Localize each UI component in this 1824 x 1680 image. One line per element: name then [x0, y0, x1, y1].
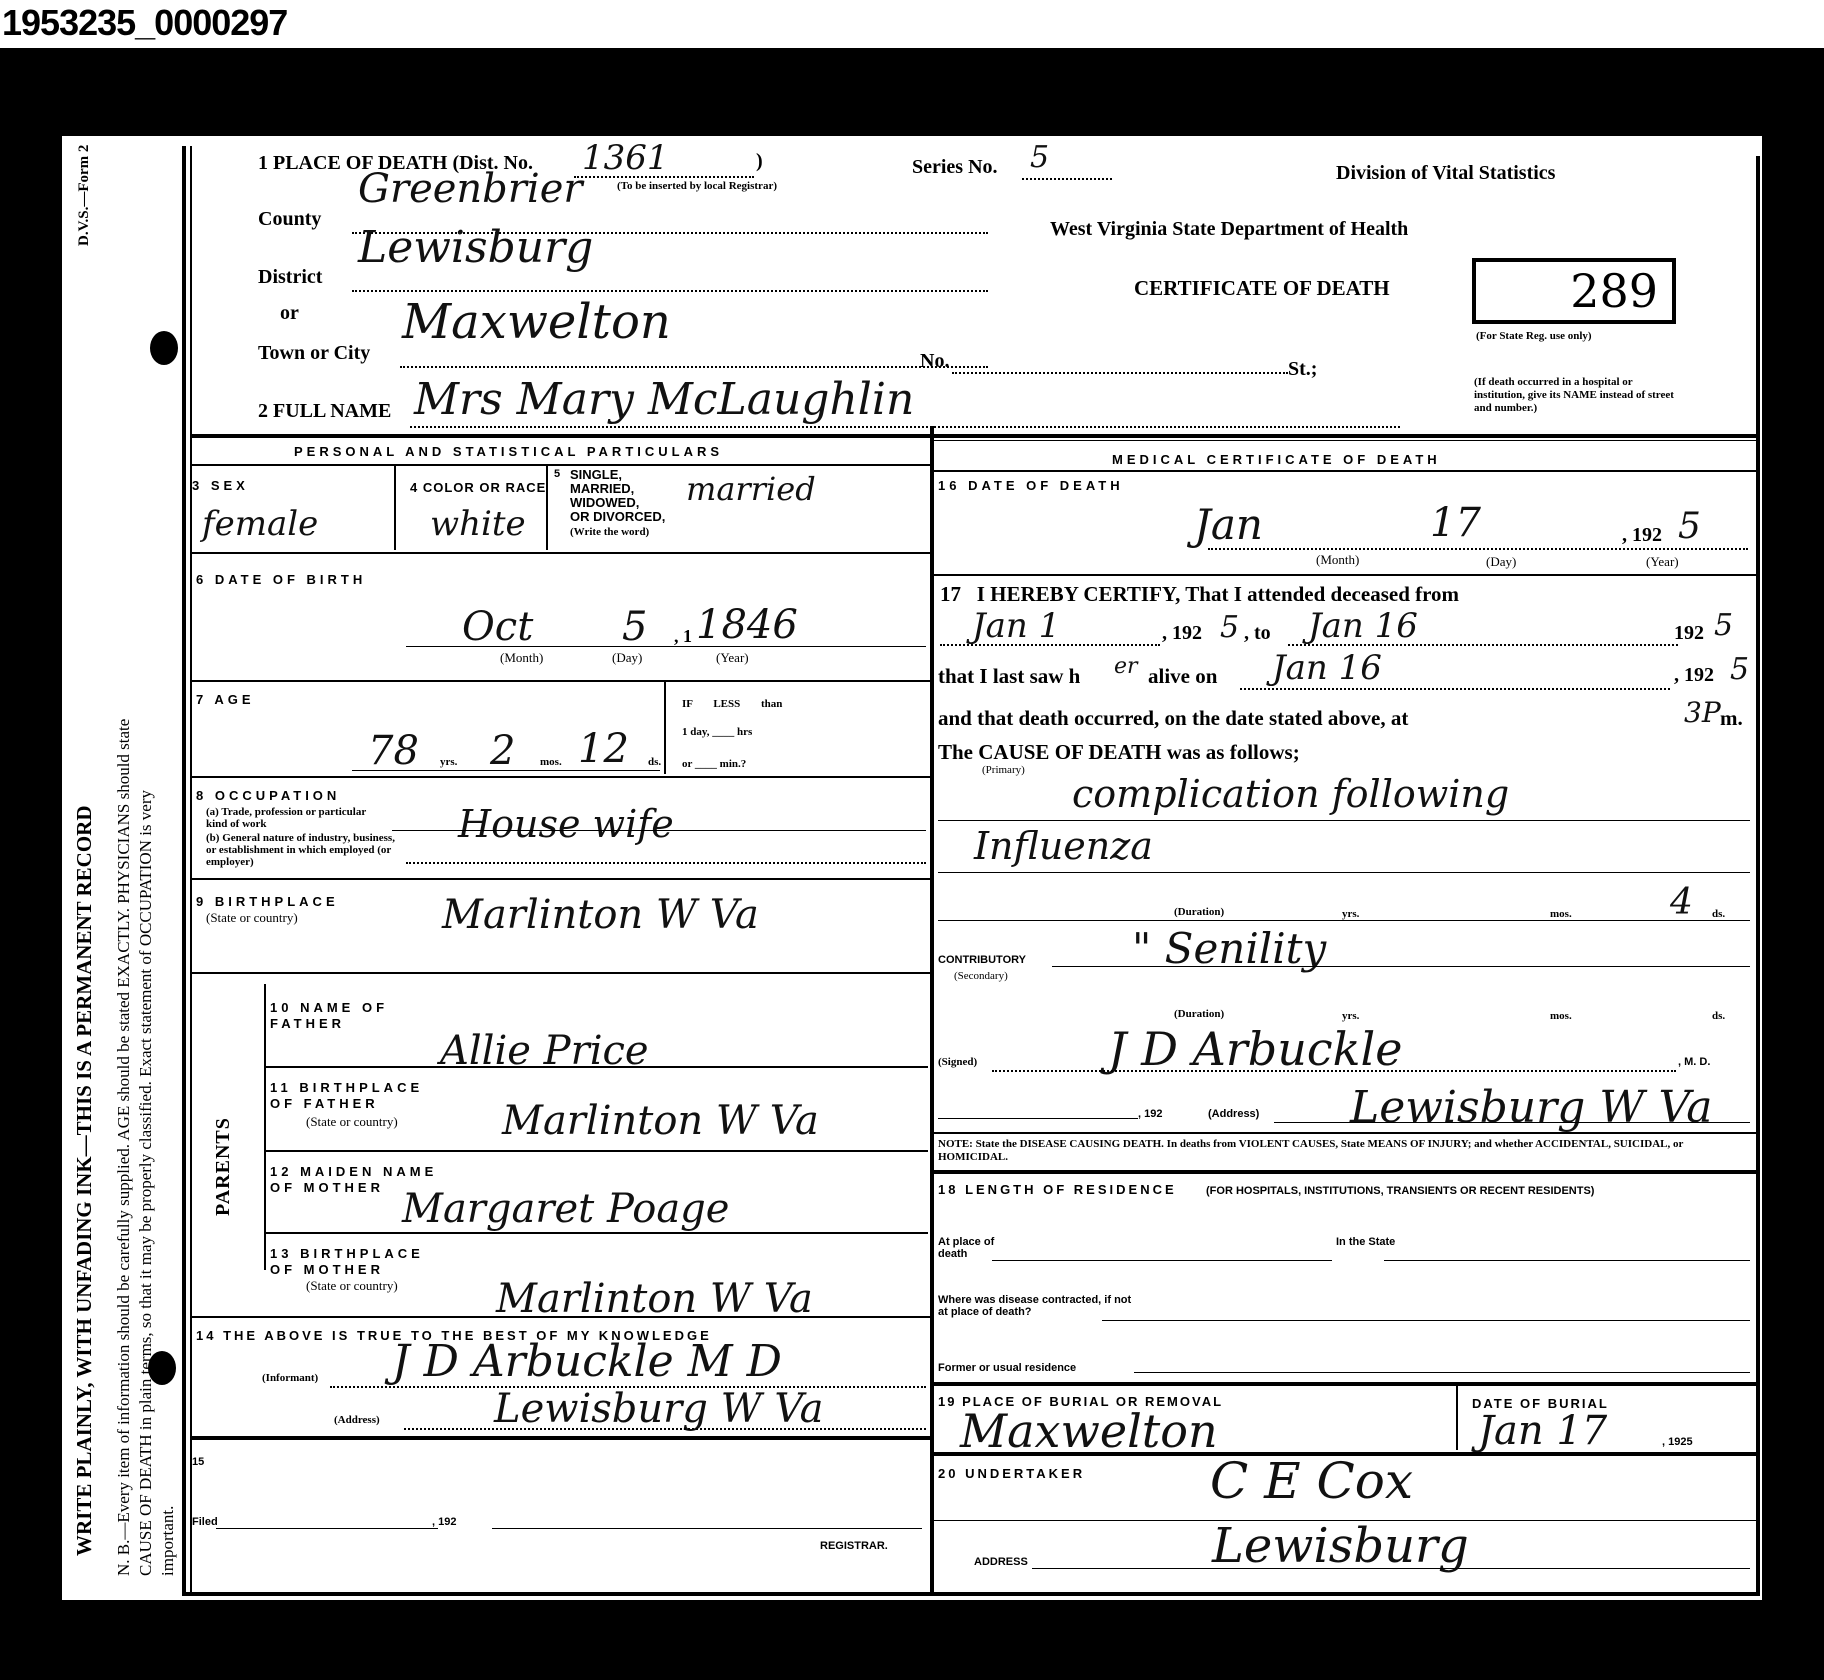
divider: [934, 574, 1756, 576]
district-value: Lewisburg: [358, 222, 593, 273]
last-saw-pronoun: er: [1114, 654, 1138, 679]
margin-instruction-main: WRITE PLAINLY, WITH UNFADING INK—THIS IS…: [72, 805, 97, 1556]
county-value: Greenbrier: [358, 166, 583, 212]
age-line: [352, 770, 660, 771]
age-label: 7 AGE: [196, 692, 255, 707]
border-left-inner: [190, 146, 192, 1596]
informant-value: J D Arbuckle M D: [392, 1336, 782, 1387]
divider: [192, 1316, 930, 1318]
time-of-death: 3P: [1684, 696, 1721, 729]
full-name-line: [410, 426, 1400, 428]
ink-blot: [148, 1351, 176, 1385]
undertaker-value: C E Cox: [1210, 1452, 1413, 1510]
ds-label: ds.: [648, 756, 661, 768]
residence-label: 18 LENGTH OF RESIDENCE: [938, 1182, 1177, 1197]
parents-side-label: PARENTS: [212, 1117, 235, 1216]
filed-year: , 192: [432, 1516, 456, 1528]
margin-instruction-cause: CAUSE OF DEATH in plain terms, so that i…: [136, 790, 156, 1576]
dod-year-prefix: , 192: [1622, 524, 1662, 547]
signed-line: [992, 1070, 1676, 1072]
race-label: 4 COLOR OR RACE: [410, 480, 546, 495]
divider: [266, 1232, 928, 1234]
form-id: D.V.S.—Form 2: [76, 145, 93, 246]
dod-day-note: (Day): [1486, 554, 1516, 570]
undertaker-address-label: ADDRESS: [974, 1556, 1028, 1568]
cause-line-1: complication following: [1072, 772, 1509, 816]
marital-num: 5: [554, 468, 560, 480]
mother-name-value: Margaret Poage: [402, 1186, 729, 1232]
occupation-label: 8 OCCUPATION: [196, 788, 340, 803]
dist-no-line: [574, 176, 754, 178]
full-name-label: 2 FULL NAME: [258, 400, 391, 423]
in-state-line: [1384, 1260, 1750, 1261]
duration-mos: mos.: [1550, 908, 1572, 920]
informant-address-line: [404, 1428, 926, 1430]
birthplace-label: 9 BIRTHPLACE: [196, 894, 339, 909]
comma-one: , 1: [674, 626, 692, 647]
secondary-label: (Secondary): [954, 970, 1008, 982]
dod-day: 17: [1430, 500, 1481, 546]
dod-line: [1208, 548, 1748, 550]
burial-year: , 1925: [1662, 1436, 1693, 1448]
duration-yrs: yrs.: [1342, 908, 1359, 920]
birthplace-note: (State or country): [206, 910, 298, 926]
burial-place-value: Maxwelton: [960, 1404, 1218, 1458]
full-name-value: Mrs Mary McLaughlin: [414, 374, 914, 425]
in-state-label: In the State: [1336, 1236, 1396, 1248]
occupation-a: (a) Trade, profession or particular kind…: [206, 806, 388, 830]
marital-note: (Write the word): [570, 526, 649, 538]
district-line: [352, 290, 988, 292]
dob-day-note: (Day): [612, 650, 642, 666]
divider: [266, 1066, 928, 1068]
mother-birthplace-label: 13 BIRTHPLACE OF MOTHER: [270, 1246, 450, 1278]
divider: [192, 878, 930, 880]
sex-label: 3 SEX: [192, 478, 249, 493]
birthplace-value: Marlinton W Va: [442, 892, 759, 938]
occupation-b: (b) General nature of industry, business…: [206, 832, 406, 868]
year-prefix: , 192: [1674, 664, 1714, 687]
series-value: 5: [1030, 140, 1049, 175]
contracted-line: [1102, 1320, 1750, 1321]
undertaker-address-line: [1032, 1568, 1750, 1569]
contributory-label: CONTRIBUTORY: [938, 954, 1026, 966]
father-birthplace-value: Marlinton W Va: [502, 1098, 819, 1144]
contracted-label: Where was disease contracted, if not at …: [938, 1294, 1138, 1318]
divider: [546, 466, 548, 550]
margin-instruction-nb: N. B.—Every item of information should b…: [114, 719, 134, 1576]
informant-address-value: Lewisburg W Va: [494, 1386, 824, 1432]
dob-label: 6 DATE OF BIRTH: [196, 572, 366, 587]
certify-statement: 17 I HEREBY CERTIFY, That I attended dec…: [940, 582, 1459, 607]
undertaker-address-value: Lewisburg: [1212, 1518, 1469, 1574]
age-months: 2: [490, 728, 515, 774]
to-label: , to: [1244, 622, 1271, 645]
last-saw-label: that I last saw h: [938, 664, 1080, 689]
document-id: 1953235_0000297: [2, 2, 287, 44]
if-less-than: IF LESS than: [682, 698, 922, 710]
dob-month-note: (Month): [500, 650, 543, 666]
town-label: Town or City: [258, 342, 370, 365]
death-certificate: WRITE PLAINLY, WITH UNFADING INK—THIS IS…: [62, 136, 1762, 1600]
father-birthplace-label: 11 BIRTHPLACE OF FATHER: [270, 1080, 450, 1112]
occupation-b-line: [406, 862, 926, 864]
marital-label: SINGLE, MARRIED, WIDOWED, OR DIVORCED,: [570, 468, 665, 524]
dist-note: (To be inserted by local Registrar): [617, 180, 777, 192]
dob-year-note: (Year): [716, 650, 749, 666]
divider: [266, 1150, 928, 1152]
race-value: white: [430, 504, 526, 544]
divider: [192, 972, 930, 974]
divider: [192, 1436, 930, 1440]
dod-month-note: (Month): [1316, 552, 1359, 568]
sig-year: , 192: [1138, 1108, 1162, 1120]
attended-to-year: 5: [1714, 608, 1733, 643]
time-suffix: m.: [1720, 706, 1743, 731]
street-no-label: No.: [920, 350, 949, 373]
district-label: District: [258, 266, 322, 289]
former-residence-line: [1134, 1372, 1750, 1373]
hospital-note: (If death occurred in a hospital or inst…: [1474, 376, 1676, 415]
top-divider: [190, 434, 1758, 438]
last-saw-year: 5: [1730, 652, 1749, 687]
mos-label: mos.: [540, 756, 562, 768]
border-left: [182, 146, 186, 1596]
town-value: Maxwelton: [402, 294, 671, 350]
age-years: 78: [368, 728, 419, 774]
filing-num: 15: [192, 1456, 204, 1468]
attended-from-line: [940, 644, 1160, 646]
series-line: [1022, 178, 1112, 180]
dist-no: 1361: [582, 138, 669, 178]
attended-from-year: 5: [1220, 610, 1239, 645]
dod-year-note: (Year): [1646, 554, 1679, 570]
sig-address-value: Lewisburg W Va: [1350, 1082, 1712, 1133]
filed-label: Filed: [192, 1516, 218, 1528]
sig-address-label: (Address): [1208, 1108, 1259, 1120]
last-saw-line: [1240, 688, 1670, 690]
at-place-label: At place of death: [938, 1236, 998, 1260]
occupation-value: House wife: [458, 802, 674, 846]
divider: [192, 552, 930, 554]
last-saw-date: Jan 16: [1272, 648, 1382, 688]
duration-mos-2: mos.: [1550, 1010, 1572, 1022]
at-place-line: [992, 1260, 1332, 1261]
cert-number: 289: [1570, 264, 1658, 318]
divider: [934, 1132, 1756, 1134]
burial-date-value: Jan 17: [1478, 1408, 1607, 1454]
note-text: NOTE: State the DISEASE CAUSING DEATH. I…: [938, 1138, 1754, 1164]
divider: [934, 1382, 1756, 1386]
informant-label: (Informant): [262, 1372, 318, 1384]
sex-value: female: [202, 504, 318, 544]
year-prefix: 192: [1674, 622, 1704, 645]
year-prefix: , 192: [1162, 622, 1202, 645]
dod-year-suffix: 5: [1678, 506, 1701, 547]
paren-close: ): [756, 150, 763, 173]
margin-instruction-important: important.: [158, 1506, 178, 1576]
division-title: Division of Vital Statistics: [1336, 162, 1555, 185]
mother-birthplace-note: (State or country): [306, 1278, 398, 1294]
divider: [394, 466, 396, 550]
sig-address-line: [1274, 1122, 1750, 1123]
former-residence-label: Former or usual residence: [938, 1362, 1076, 1374]
duration-label-2: (Duration): [1174, 1008, 1224, 1020]
series-label: Series No.: [912, 156, 998, 179]
duration-yrs-2: yrs.: [1342, 1010, 1359, 1022]
department-title: West Virginia State Department of Health: [1050, 218, 1408, 241]
registrar-label: REGISTRAR.: [820, 1540, 888, 1552]
border-bottom: [182, 1592, 1760, 1596]
age-days: 12: [578, 726, 629, 772]
dod-month: Jan: [1194, 500, 1263, 549]
divider: [192, 776, 930, 778]
md-label: , M. D.: [1678, 1056, 1710, 1068]
duration-days: 4: [1670, 882, 1693, 923]
parents-divider: [264, 984, 266, 1270]
attended-to-line: [1288, 644, 1678, 646]
personal-section-title: PERSONAL AND STATISTICAL PARTICULARS: [294, 444, 723, 459]
cause-line-1-rule: [938, 820, 1750, 821]
cause-line-2-rule: [938, 872, 1750, 873]
primary-label: (Primary): [982, 764, 1025, 776]
duration-ds-2: ds.: [1712, 1010, 1725, 1022]
father-name-label: 10 NAME OF FATHER: [270, 1000, 430, 1032]
medical-section-title: MEDICAL CERTIFICATE OF DEATH: [1112, 452, 1441, 467]
divider: [934, 470, 1756, 472]
cause-line-2: Influenza: [974, 824, 1153, 868]
cause-label: The CAUSE OF DEATH was as follows;: [938, 740, 1300, 765]
duration-ds: ds.: [1712, 908, 1725, 920]
residence-note: (FOR HOSPITALS, INSTITUTIONS, TRANSIENTS…: [1206, 1184, 1754, 1198]
undertaker-label: 20 UNDERTAKER: [938, 1466, 1085, 1481]
divider: [934, 440, 1756, 441]
ink-blot: [150, 331, 178, 365]
informant-address-label: (Address): [334, 1414, 380, 1426]
occurred-statement: and that death occurred, on the date sta…: [938, 706, 1408, 731]
border-right: [1756, 156, 1760, 1596]
signed-value: J D Arbuckle: [1108, 1022, 1402, 1076]
if-less-hrs: 1 day, ____ hrs: [682, 726, 752, 738]
cert-number-note: (For State Reg. use only): [1476, 330, 1592, 342]
dob-day: 5: [622, 604, 647, 650]
alive-on-label: alive on: [1148, 664, 1217, 689]
yrs-label: yrs.: [440, 756, 457, 768]
signed-label: (Signed): [938, 1056, 977, 1068]
dob-month: Oct: [462, 604, 533, 650]
street-line: [952, 372, 1288, 374]
marital-value: married: [686, 470, 816, 508]
or-label: or: [280, 302, 299, 325]
county-label: County: [258, 208, 321, 231]
divider: [192, 680, 930, 682]
occupation-line: [392, 830, 926, 831]
registrar-line: [492, 1528, 922, 1529]
attended-to: Jan 16: [1308, 606, 1418, 646]
burial-divider: [1456, 1386, 1458, 1450]
dob-year: 1846: [696, 602, 798, 648]
father-birthplace-note: (State or country): [306, 1114, 398, 1130]
town-line: [400, 366, 988, 368]
dod-label: 16 DATE OF DEATH: [938, 478, 1124, 493]
duration-rule: [938, 920, 1750, 921]
contributory-rule: [1052, 966, 1750, 967]
divider: [664, 682, 666, 774]
column-divider: [930, 426, 934, 1596]
divider: [192, 464, 930, 466]
if-less-min: or ____ min.?: [682, 758, 746, 770]
filed-line: [216, 1528, 438, 1529]
cert-number-box: 289: [1472, 258, 1676, 324]
street-label: St.;: [1288, 358, 1317, 381]
attended-from: Jan 1: [972, 606, 1060, 646]
dob-line: [406, 646, 926, 647]
divider: [934, 1170, 1756, 1174]
certificate-title: CERTIFICATE OF DEATH: [1134, 276, 1390, 301]
sig-date-line: [938, 1118, 1138, 1119]
duration-label: (Duration): [1174, 906, 1224, 918]
